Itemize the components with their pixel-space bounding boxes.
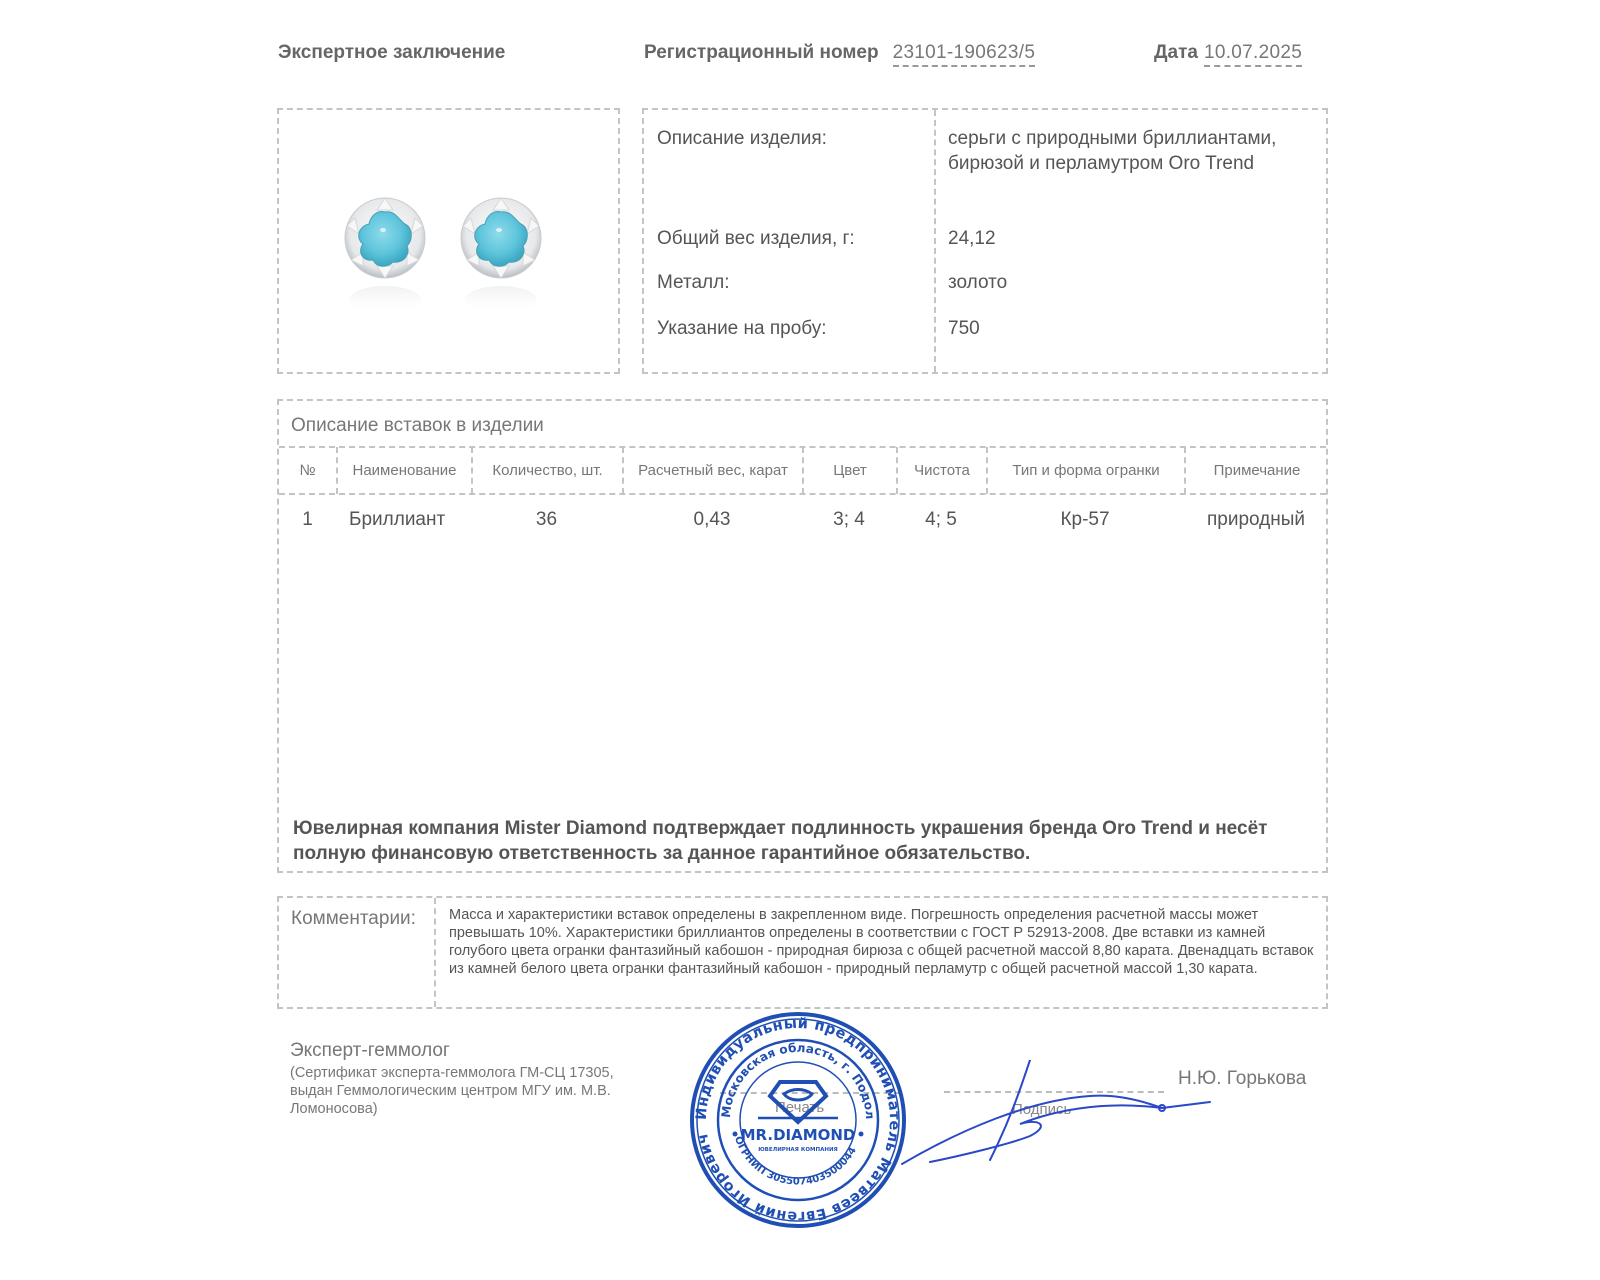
cell-name: Бриллиант (349, 509, 445, 531)
col-header-name: Наименование (336, 447, 471, 494)
earrings-image (279, 110, 618, 372)
inserts-title: Описание вставок в изделии (291, 415, 544, 437)
comments-text: Масса и характеристики вставок определен… (449, 906, 1324, 978)
col-header-weight: Расчетный вес, карат (622, 447, 802, 494)
metal-value: золото (948, 270, 1318, 295)
expert-name: Н.Ю. Горькова (1178, 1068, 1306, 1090)
document-title: Экспертное заключение (278, 42, 505, 64)
cell-quantity: 36 (471, 509, 622, 531)
document-date: Дата10.07.2025 (1154, 42, 1302, 64)
col-header-note: Примечание (1184, 447, 1328, 494)
diamond-logo-icon (758, 1082, 838, 1122)
col-header-cut: Тип и форма огранки (986, 447, 1184, 494)
cell-cut: Кр-57 (986, 509, 1184, 531)
registration-value: 23101-190623/5 (893, 42, 1036, 67)
col-header-color: Цвет (802, 447, 896, 494)
guarantee-statement: Ювелирная компания Mister Diamond подтве… (293, 816, 1313, 866)
info-divider (934, 110, 936, 372)
registration-number: Регистрационный номер23101-190623/5 (644, 42, 1035, 64)
cell-note: природный (1184, 509, 1328, 531)
metal-label: Металл: (657, 270, 729, 295)
comments-box: Комментарии: Масса и характеристики вста… (277, 896, 1328, 1009)
cell-color: 3; 4 (802, 509, 896, 531)
cell-number: 1 (279, 509, 336, 531)
expert-certificate: (Сертификат эксперта-геммолога ГМ-СЦ 173… (290, 1064, 660, 1118)
expert-title: Эксперт-геммолог (290, 1040, 450, 1062)
date-label: Дата (1154, 42, 1198, 63)
stamp-brand: MR.DIAMOND (741, 1126, 856, 1144)
cell-clarity: 4; 5 (896, 509, 986, 531)
comments-divider (434, 898, 436, 1007)
hallmark-label: Указание на пробу: (657, 316, 827, 341)
weight-label: Общий вес изделия, г: (657, 226, 855, 251)
date-value: 10.07.2025 (1204, 42, 1302, 67)
inserts-table-box: Описание вставок в изделии № Наименовани… (277, 399, 1328, 873)
product-info-box: Описание изделия: серьги с природными бр… (642, 108, 1328, 374)
product-photo-box (277, 108, 620, 374)
comments-label: Комментарии: (291, 908, 416, 930)
col-header-clarity: Чистота (896, 447, 986, 494)
hallmark-value: 750 (948, 316, 1318, 341)
registration-label: Регистрационный номер (644, 42, 879, 63)
description-value: серьги с природными бриллиантами, бирюзо… (948, 126, 1318, 176)
company-stamp: Индивидуальный предприниматель Матвеев Е… (688, 1010, 908, 1230)
weight-value: 24,12 (948, 226, 1318, 251)
col-header-number: № (279, 447, 336, 494)
col-header-quantity: Количество, шт. (471, 447, 622, 494)
cell-weight: 0,43 (622, 509, 802, 531)
description-label: Описание изделия: (657, 126, 827, 151)
stamp-subtitle: ЮВЕЛИРНАЯ КОМПАНИЯ (758, 1147, 838, 1153)
